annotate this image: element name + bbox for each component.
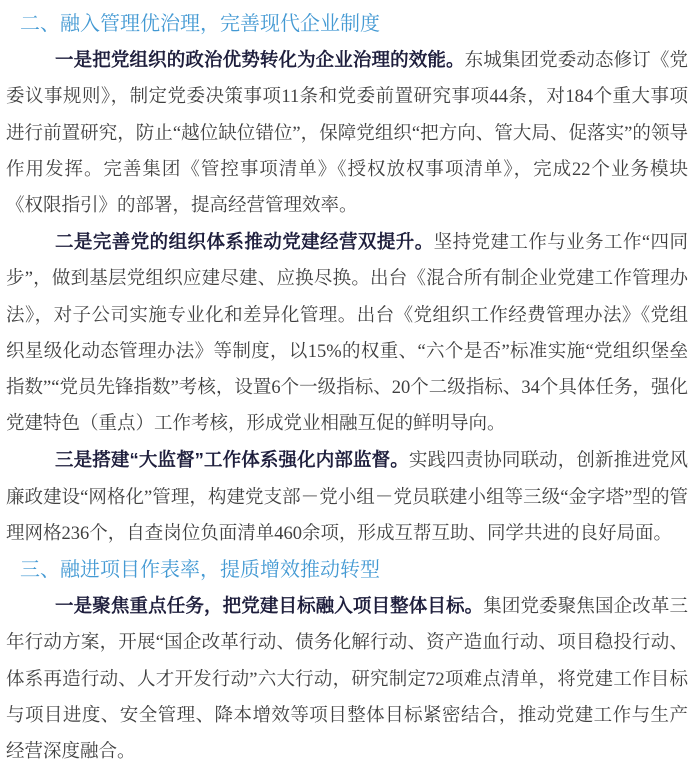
paragraph: 一是把党组织的政治优势转化为企业治理的效能。东城集团党委动态修订《党委议事规则》… — [6, 42, 688, 224]
section-management: 二、融入管理优治理，完善现代企业制度 一是把党组织的政治优势转化为企业治理的效能… — [6, 6, 688, 552]
section-heading: 二、融入管理优治理，完善现代企业制度 — [20, 6, 688, 42]
paragraph-lead: 一是聚焦重点任务，把党建目标融入项目整体目标。 — [55, 595, 483, 616]
section-heading: 三、融进项目作表率，提质增效推动转型 — [20, 552, 688, 588]
paragraph-body: 坚持党建工作与业务工作“四同步”，做到基层党组织应建尽建、应换尽换。出台《混合所… — [6, 233, 688, 434]
paragraph-lead: 三是搭建“大监督”工作体系强化内部监督。 — [55, 449, 409, 470]
paragraph: 一是聚焦重点任务，把党建目标融入项目整体目标。集团党委聚焦国企改革三年行动方案，… — [6, 588, 688, 767]
paragraph-lead: 二是完善党的组织体系推动党建经营双提升。 — [55, 231, 434, 252]
paragraph: 二是完善党的组织体系推动党建经营双提升。坚持党建工作与业务工作“四同步”，做到基… — [6, 224, 688, 442]
paragraph-lead: 一是把党组织的政治优势转化为企业治理的效能。 — [55, 49, 465, 70]
paragraph-body: 集团党委聚焦国企改革三年行动方案，开展“国企改革行动、债务化解行动、资产造血行动… — [6, 597, 688, 762]
paragraph: 三是搭建“大监督”工作体系强化内部监督。实践四责协同联动，创新推进党风廉政建设“… — [6, 442, 688, 552]
section-projects: 三、融进项目作表率，提质增效推动转型 一是聚焦重点任务，把党建目标融入项目整体目… — [6, 552, 688, 767]
document: 二、融入管理优治理，完善现代企业制度 一是把党组织的政治优势转化为企业治理的效能… — [0, 0, 695, 767]
paragraph-body: 东城集团党委动态修订《党委议事规则》，制定党委决策事项11条和党委前置研究事项4… — [6, 51, 688, 216]
